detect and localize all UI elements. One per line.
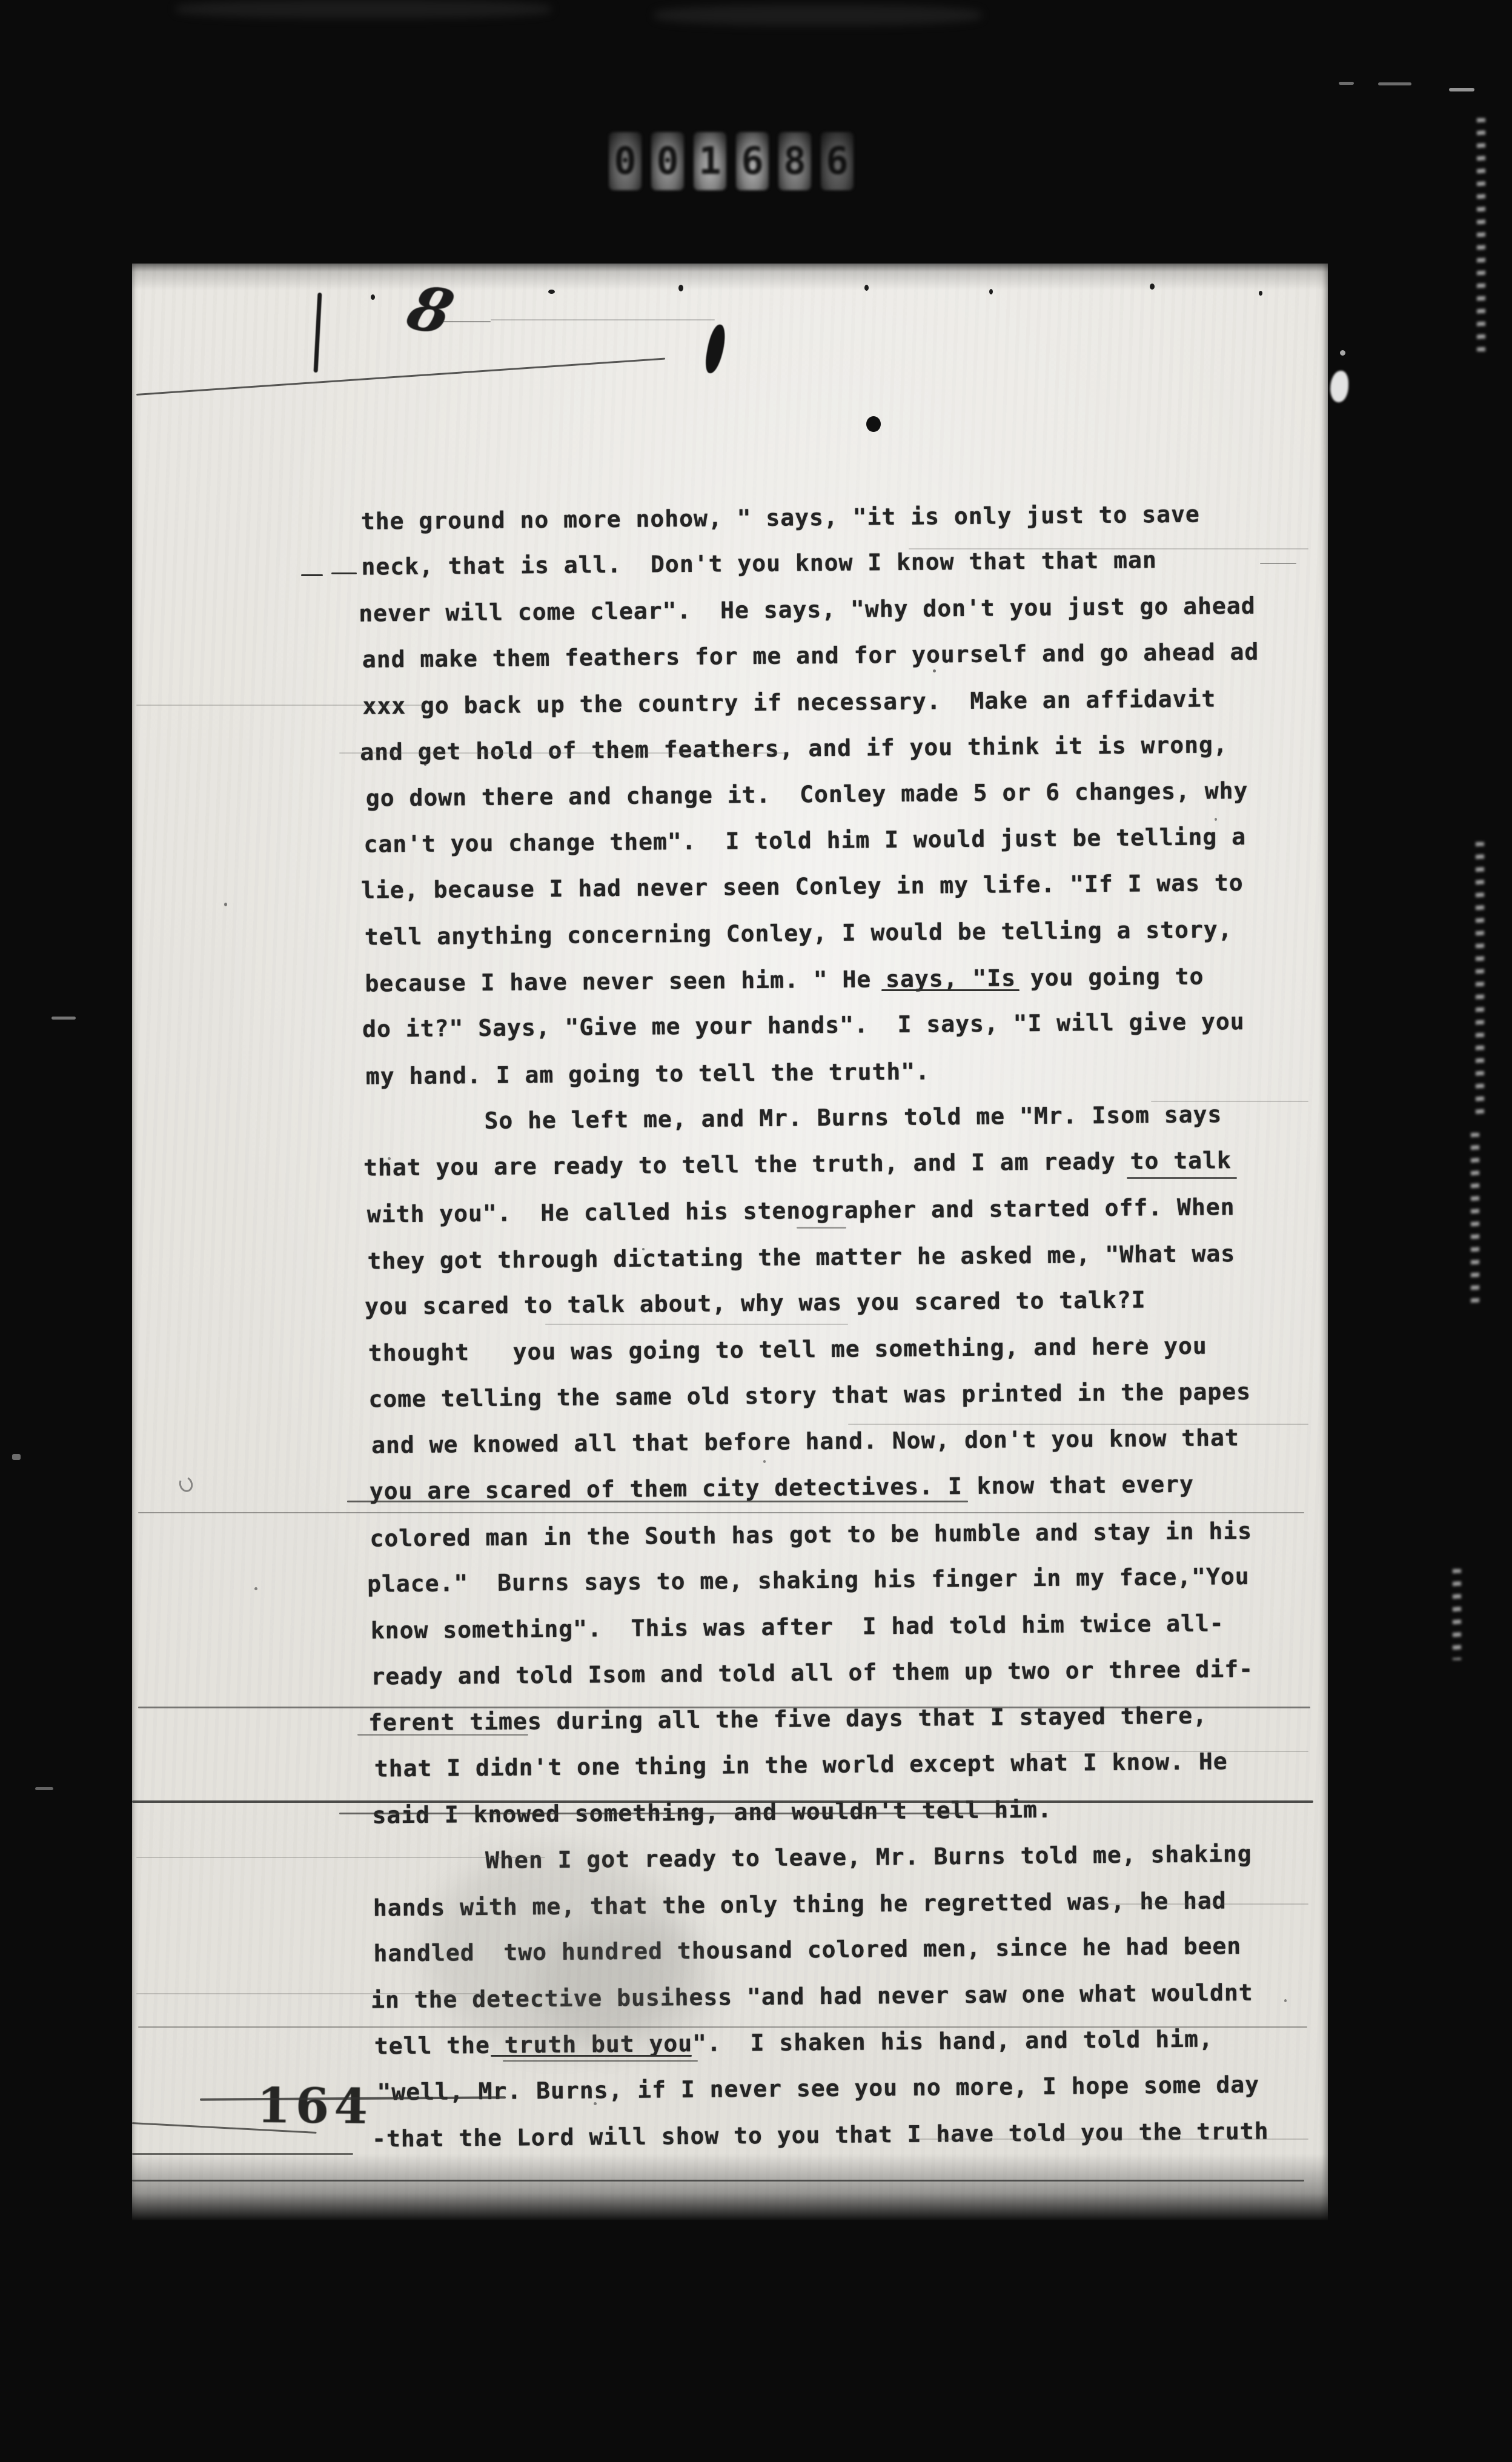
typescript-line: because I have never seen him. " He says…	[365, 961, 1204, 999]
film-line	[138, 2026, 1307, 2028]
film-edge-writing	[1471, 1133, 1479, 1309]
dust-speck	[933, 669, 936, 672]
dust-speck	[642, 1248, 645, 1250]
underline-is	[881, 989, 1020, 991]
dust-speck	[1284, 1999, 1287, 2002]
scan-line	[136, 1993, 485, 1994]
typescript-line: colored man in the South has got to be h…	[370, 1516, 1252, 1554]
underline-to-talk	[1127, 1177, 1237, 1179]
film-smudge	[176, 0, 551, 18]
typescript-line: come telling the same old story that was…	[368, 1376, 1251, 1415]
scan-line	[1030, 1751, 1308, 1752]
typescript-line: and we knowed all that before hand. Now,…	[371, 1422, 1239, 1461]
margin-dash	[301, 574, 323, 576]
typescript-line: my hand. I am going to tell the truth".	[366, 1056, 930, 1091]
typescript-line: ready and told Isom and told all of them…	[371, 1653, 1253, 1691]
scan-line	[136, 705, 424, 706]
document-page: 8 the ground no more nohow, " says, "it …	[132, 264, 1328, 2220]
frame-number-stamp: 001686	[609, 132, 854, 190]
typescript-line: and make them feathers for me and for yo…	[362, 637, 1259, 675]
typescript-line: ferent times during all the five days th…	[368, 1700, 1207, 1737]
film-scratch	[1449, 88, 1474, 91]
typescript-line: "well, Mr. Burns, if I never see you no …	[377, 2069, 1259, 2108]
scan-line	[909, 548, 1308, 549]
dust-speck	[1139, 1339, 1142, 1342]
typescript-line: know something". This was after I had to…	[371, 1608, 1224, 1646]
strikethrough-line	[138, 1707, 1310, 1708]
microfilm-frame: 001686 8 the ground no more nohow, " say…	[0, 0, 1512, 2462]
dust-speck	[594, 2102, 597, 2105]
stamp-digit: 6	[821, 132, 854, 190]
typescript-line: place." Burns says to me, shaking his fi…	[367, 1561, 1250, 1599]
film-edge-writing	[1477, 118, 1485, 351]
stamp-digit: 6	[736, 132, 769, 190]
film-smudge	[654, 5, 981, 25]
film-edge-writing	[1476, 842, 1484, 1121]
strikethrough-line	[347, 1501, 968, 1502]
scan-line	[339, 752, 787, 754]
paper-bottom-edge-shadow	[132, 2154, 1328, 2220]
scan-line	[136, 1857, 545, 1858]
smudge	[533, 1920, 715, 2048]
dust-speck	[224, 903, 227, 906]
film-scratch	[1378, 82, 1411, 85]
typescript-line: -that the Lord will show to you that I h…	[372, 2115, 1269, 2154]
dust-speck	[763, 1460, 766, 1463]
typescript-line: with you". He called his stenographer an…	[367, 1192, 1235, 1230]
typescript-line: So he left me, and Mr. Burns told me "Mr…	[368, 1099, 1222, 1136]
scan-line	[848, 1424, 1308, 1425]
typescript-line: and get hold of them feathers, and if yo…	[360, 729, 1228, 768]
strikethrough-line	[339, 1813, 1006, 1814]
stamp-digit: 0	[651, 132, 684, 190]
film-scratch	[12, 1454, 21, 1460]
film-edge-writing	[1453, 1569, 1461, 1660]
strikethrough-truth-but-you	[503, 2060, 698, 2062]
typescript-line: go down there and change it. Conley made…	[366, 775, 1248, 814]
film-scratch	[51, 1017, 76, 1020]
film-blotch	[1330, 371, 1348, 402]
stamp-digit: 8	[778, 132, 811, 190]
film-scratch	[1339, 82, 1354, 85]
page-number: 164	[257, 2077, 373, 2135]
dust-speck	[388, 1157, 391, 1160]
typescript-line: neck, that is all. Don't you know I know…	[361, 545, 1157, 582]
typescript-line: can't you change them". I told him I wou…	[363, 821, 1246, 860]
scan-line	[909, 2138, 1308, 2140]
typescript-line: never will come clear". He says, "why do…	[359, 590, 1256, 628]
dust-speck	[424, 763, 426, 766]
scan-line	[1151, 1101, 1308, 1102]
typescript-line: lie, because I had never seen Conley in …	[361, 868, 1244, 906]
strikethrough-line	[132, 1800, 1313, 1803]
film-blotch	[1340, 350, 1345, 356]
typescript-line: the ground no more nohow, " says, "it is…	[361, 499, 1200, 537]
margin-dash	[331, 572, 357, 574]
scan-line	[1090, 1903, 1308, 1905]
typescript-line: you scared to talk about, why was you sc…	[365, 1285, 1146, 1322]
typescript-line: they got through dictating the matter he…	[367, 1238, 1235, 1276]
underline-stenographer	[797, 1227, 846, 1229]
typescript-line: thought you was going to tell me somethi…	[368, 1331, 1207, 1369]
dust-speck	[1215, 818, 1217, 821]
typescript-line: tell anything concerning Conley, I would…	[365, 914, 1233, 952]
strikethrough-truth-but-you	[491, 2055, 692, 2057]
dust-speck	[254, 1587, 257, 1590]
stamp-digit: 1	[694, 132, 726, 190]
dust-speck	[1066, 1854, 1069, 1857]
typescript-line: xxx go back up the country if necessary.…	[362, 684, 1216, 722]
typescript-line: that you are ready to tell the truth, an…	[363, 1145, 1232, 1183]
typescript-line: do it?" Says, "Give me your hands". I sa…	[362, 1006, 1245, 1044]
stamp-digit: 0	[609, 132, 642, 190]
underline-times	[357, 1734, 528, 1736]
margin-dash	[1260, 563, 1296, 564]
film-scratch	[35, 1787, 53, 1790]
strikethrough-line	[138, 1512, 1304, 1513]
scan-line	[545, 1324, 848, 1325]
